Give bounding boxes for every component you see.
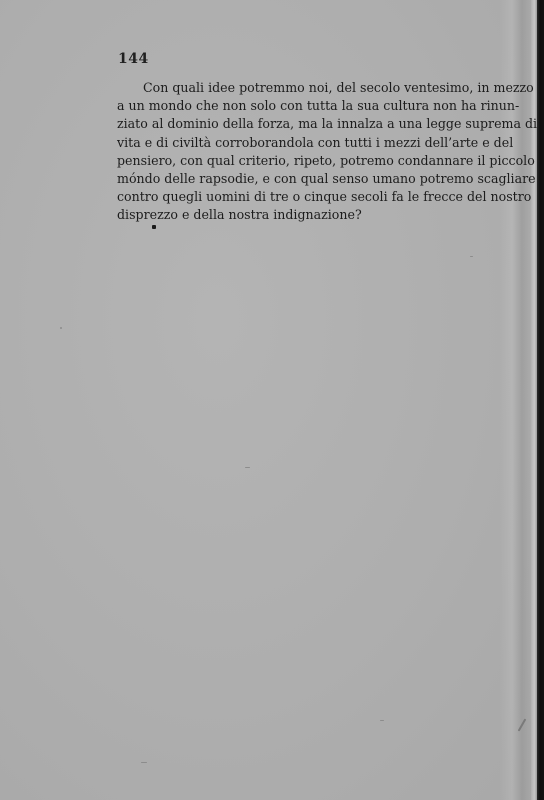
paper-speck — [380, 720, 384, 721]
text-line: vita e di civiltà corroborandola con tut… — [117, 134, 498, 152]
paper-speck — [60, 327, 62, 329]
text-line: disprezzo e della nostra indignazione? — [117, 206, 498, 224]
text-line: contro quegli uomini di tre o cinque sec… — [117, 188, 498, 206]
body-paragraph: Con quali idee potremmo noi, del secolo … — [117, 79, 498, 225]
paper-speck — [141, 762, 147, 763]
text-line: a un mondo che non solo con tutta la sua… — [117, 97, 498, 115]
paper-speck — [518, 718, 527, 731]
scanned-book-page: 144 Con quali idee potremmo noi, del sec… — [0, 0, 544, 800]
ink-dot-mark — [152, 225, 156, 229]
text-line: pensiero, con qual criterio, ripeto, pot… — [117, 152, 498, 170]
paper-speck — [470, 256, 473, 257]
text-line: ziato al dominio della forza, ma la inna… — [117, 115, 498, 133]
book-binding-edge — [537, 0, 544, 800]
text-line: Con quali idee potremmo noi, del secolo … — [117, 79, 498, 97]
page-number: 144 — [118, 51, 149, 67]
paper-speck — [245, 467, 250, 468]
text-line: móndo delle rapsodie, e con qual senso u… — [117, 170, 498, 188]
